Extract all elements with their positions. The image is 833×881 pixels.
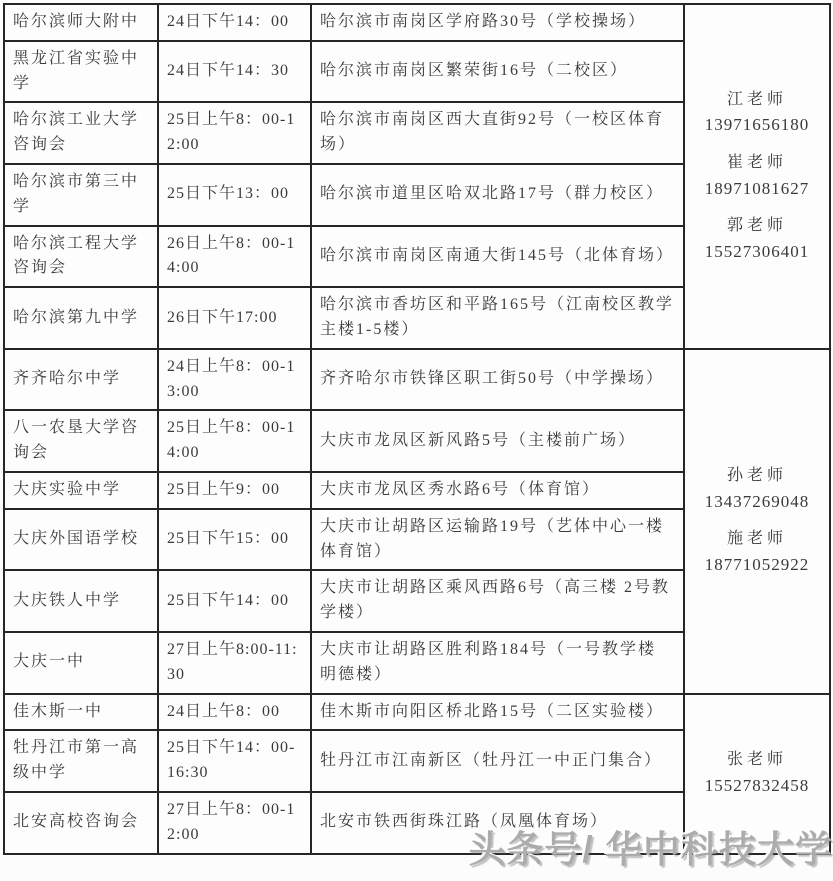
contact-cell: 孙老师13437269048施老师18771052922 xyxy=(684,349,830,694)
teacher-phone: 15527306401 xyxy=(689,239,825,265)
school-cell: 北安高校咨询会 xyxy=(4,792,158,854)
time-cell: 25日下午15：00 xyxy=(158,509,311,571)
time-cell: 24日下午14：30 xyxy=(158,41,311,103)
time-cell: 27日上午8：00-12:00 xyxy=(158,792,311,854)
teacher-phone: 13437269048 xyxy=(689,489,825,515)
school-cell: 佳木斯一中 xyxy=(4,694,158,731)
address-cell: 佳木斯市向阳区桥北路15号（二区实验楼） xyxy=(311,694,684,731)
time-cell: 25日上午8：00-12:00 xyxy=(158,102,311,164)
address-cell: 大庆市龙凤区新风路5号（主楼前广场） xyxy=(311,410,684,472)
address-cell: 大庆市龙凤区秀水路6号（体育馆） xyxy=(311,472,684,509)
teacher-name: 郭老师 xyxy=(689,214,825,239)
address-cell: 大庆市让胡路区胜利路184号（一号教学楼 明德楼） xyxy=(311,632,684,694)
contact-entry: 崔老师18971081627 xyxy=(689,151,825,202)
teacher-name: 江老师 xyxy=(689,88,825,113)
contact-cell: 张老师15527832458 xyxy=(684,694,830,854)
school-cell: 哈尔滨师大附中 xyxy=(4,4,158,41)
time-cell: 26日上午8：00-14:00 xyxy=(158,226,311,288)
address-cell: 哈尔滨市香坊区和平路165号（江南校区教学主楼1-5楼） xyxy=(311,287,684,349)
contact-cell: 江老师13971656180崔老师18971081627郭老师155273064… xyxy=(684,4,830,349)
address-cell: 哈尔滨市南岗区学府路30号（学校操场） xyxy=(311,4,684,41)
contact-entry: 施老师18771052922 xyxy=(689,527,825,578)
time-cell: 25日上午9：00 xyxy=(158,472,311,509)
contact-entry: 郭老师15527306401 xyxy=(689,214,825,265)
time-cell: 26日下午17:00 xyxy=(158,287,311,349)
address-cell: 大庆市让胡路区运输路19号（艺体中心一楼体育馆） xyxy=(311,509,684,571)
table-row: 齐齐哈尔中学24日上午8：00-13:00齐齐哈尔市铁锋区职工街50号（中学操场… xyxy=(4,349,830,411)
address-cell: 牡丹江市江南新区（牡丹江一中正门集合） xyxy=(311,730,684,792)
address-cell: 哈尔滨市南岗区南通大街145号（北体育场） xyxy=(311,226,684,288)
teacher-name: 施老师 xyxy=(689,527,825,552)
school-cell: 八一农垦大学咨询会 xyxy=(4,410,158,472)
address-cell: 哈尔滨市南岗区西大直街92号（一校区体育场） xyxy=(311,102,684,164)
table-row: 佳木斯一中24日上午8：00佳木斯市向阳区桥北路15号（二区实验楼）张老师155… xyxy=(4,694,830,731)
contact-entry: 江老师13971656180 xyxy=(689,88,825,139)
school-cell: 大庆外国语学校 xyxy=(4,509,158,571)
school-cell: 哈尔滨市第三中学 xyxy=(4,164,158,226)
school-cell: 哈尔滨工程大学咨询会 xyxy=(4,226,158,288)
school-cell: 哈尔滨第九中学 xyxy=(4,287,158,349)
contact-entry: 张老师15527832458 xyxy=(689,748,825,799)
school-cell: 哈尔滨工业大学咨询会 xyxy=(4,102,158,164)
teacher-name: 崔老师 xyxy=(689,151,825,176)
time-cell: 25日下午14：00-16:30 xyxy=(158,730,311,792)
time-cell: 25日上午8：00-14:00 xyxy=(158,410,311,472)
school-cell: 黑龙江省实验中学 xyxy=(4,41,158,103)
teacher-phone: 15527832458 xyxy=(689,773,825,799)
time-cell: 24日上午8：00 xyxy=(158,694,311,731)
school-cell: 牡丹江市第一高级中学 xyxy=(4,730,158,792)
address-cell: 大庆市让胡路区乘风西路6号（高三楼 2号教学楼） xyxy=(311,570,684,632)
address-cell: 哈尔滨市道里区哈双北路17号（群力校区） xyxy=(311,164,684,226)
time-cell: 24日下午14：00 xyxy=(158,4,311,41)
schedule-table-body: 哈尔滨师大附中24日下午14：00哈尔滨市南岗区学府路30号（学校操场）江老师1… xyxy=(4,4,830,854)
teacher-name: 孙老师 xyxy=(689,464,825,489)
school-cell: 大庆铁人中学 xyxy=(4,570,158,632)
contact-entry: 孙老师13437269048 xyxy=(689,464,825,515)
table-row: 哈尔滨师大附中24日下午14：00哈尔滨市南岗区学府路30号（学校操场）江老师1… xyxy=(4,4,830,41)
school-cell: 大庆一中 xyxy=(4,632,158,694)
teacher-phone: 18771052922 xyxy=(689,552,825,578)
address-cell: 哈尔滨市南岗区繁荣街16号（二校区） xyxy=(311,41,684,103)
school-cell: 齐齐哈尔中学 xyxy=(4,349,158,411)
time-cell: 24日上午8：00-13:00 xyxy=(158,349,311,411)
address-cell: 北安市铁西街珠江路（凤凰体育场） xyxy=(311,792,684,854)
address-cell: 齐齐哈尔市铁锋区职工街50号（中学操场） xyxy=(311,349,684,411)
schedule-table: 哈尔滨师大附中24日下午14：00哈尔滨市南岗区学府路30号（学校操场）江老师1… xyxy=(3,3,831,855)
teacher-phone: 13971656180 xyxy=(689,112,825,138)
teacher-name: 张老师 xyxy=(689,748,825,773)
time-cell: 27日上午8:00-11:30 xyxy=(158,632,311,694)
teacher-phone: 18971081627 xyxy=(689,176,825,202)
time-cell: 25日下午14：00 xyxy=(158,570,311,632)
school-cell: 大庆实验中学 xyxy=(4,472,158,509)
time-cell: 25日下午13：00 xyxy=(158,164,311,226)
